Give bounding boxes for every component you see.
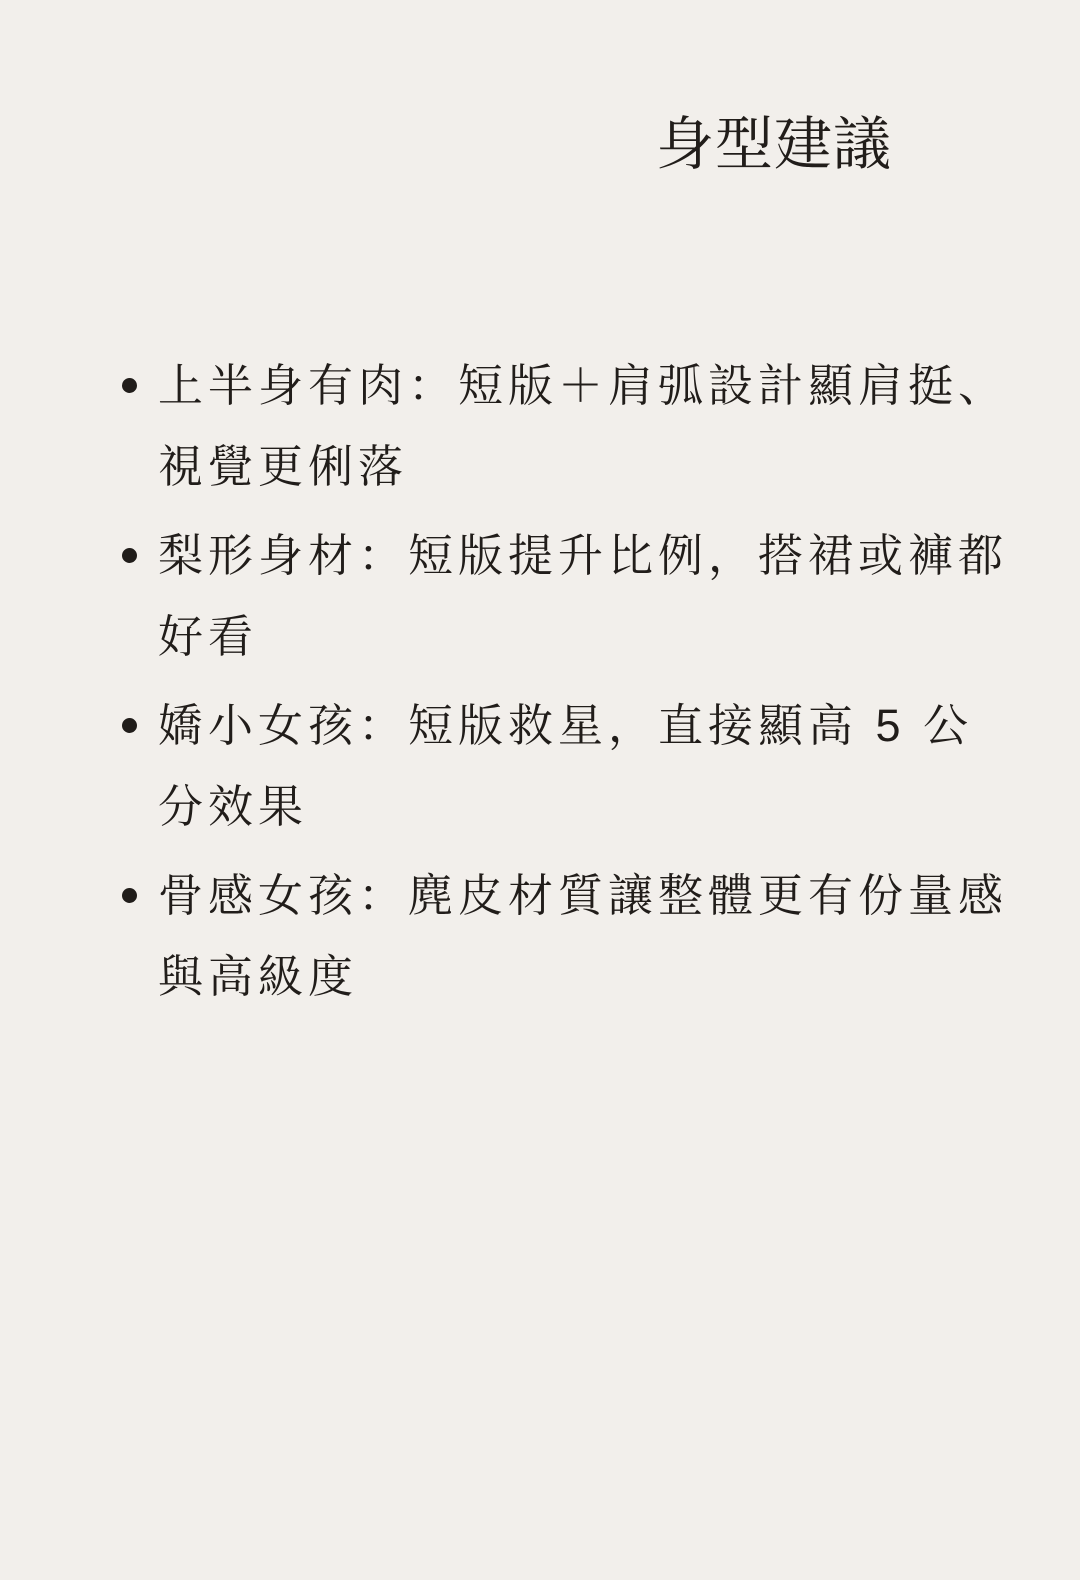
list-item-line: 骨感女孩：麂皮材質讓整體更有份量感 (158, 855, 1040, 936)
list-item-line: 與高級度 (158, 936, 1040, 1017)
bullet-dot-icon (122, 888, 137, 903)
slide-page: 身型建議 上半身有肉：短版＋肩弧設計顯肩挺、 視覺更俐落 梨形身材：短版提升比例… (0, 0, 1080, 1580)
list-item-line: 上半身有肉：短版＋肩弧設計顯肩挺、 (158, 345, 1040, 426)
bullet-dot-icon (122, 378, 137, 393)
list-item: 梨形身材：短版提升比例，搭裙或褲都 好看 (120, 515, 1040, 677)
bullet-dot-icon (122, 718, 137, 733)
body-type-suggestion-list: 上半身有肉：短版＋肩弧設計顯肩挺、 視覺更俐落 梨形身材：短版提升比例，搭裙或褲… (120, 345, 1040, 1025)
page-title: 身型建議 (656, 110, 892, 180)
list-item: 上半身有肉：短版＋肩弧設計顯肩挺、 視覺更俐落 (120, 345, 1040, 507)
list-item-line: 梨形身材：短版提升比例，搭裙或褲都 (158, 515, 1040, 596)
bullet-dot-icon (122, 548, 137, 563)
list-item-line: 嬌小女孩：短版救星，直接顯高 5 公 (158, 685, 1040, 766)
list-item-line: 好看 (158, 596, 1040, 677)
list-item-line: 分效果 (158, 766, 1040, 847)
list-item-line: 視覺更俐落 (158, 426, 1040, 507)
list-item: 骨感女孩：麂皮材質讓整體更有份量感 與高級度 (120, 855, 1040, 1017)
list-item: 嬌小女孩：短版救星，直接顯高 5 公 分效果 (120, 685, 1040, 847)
